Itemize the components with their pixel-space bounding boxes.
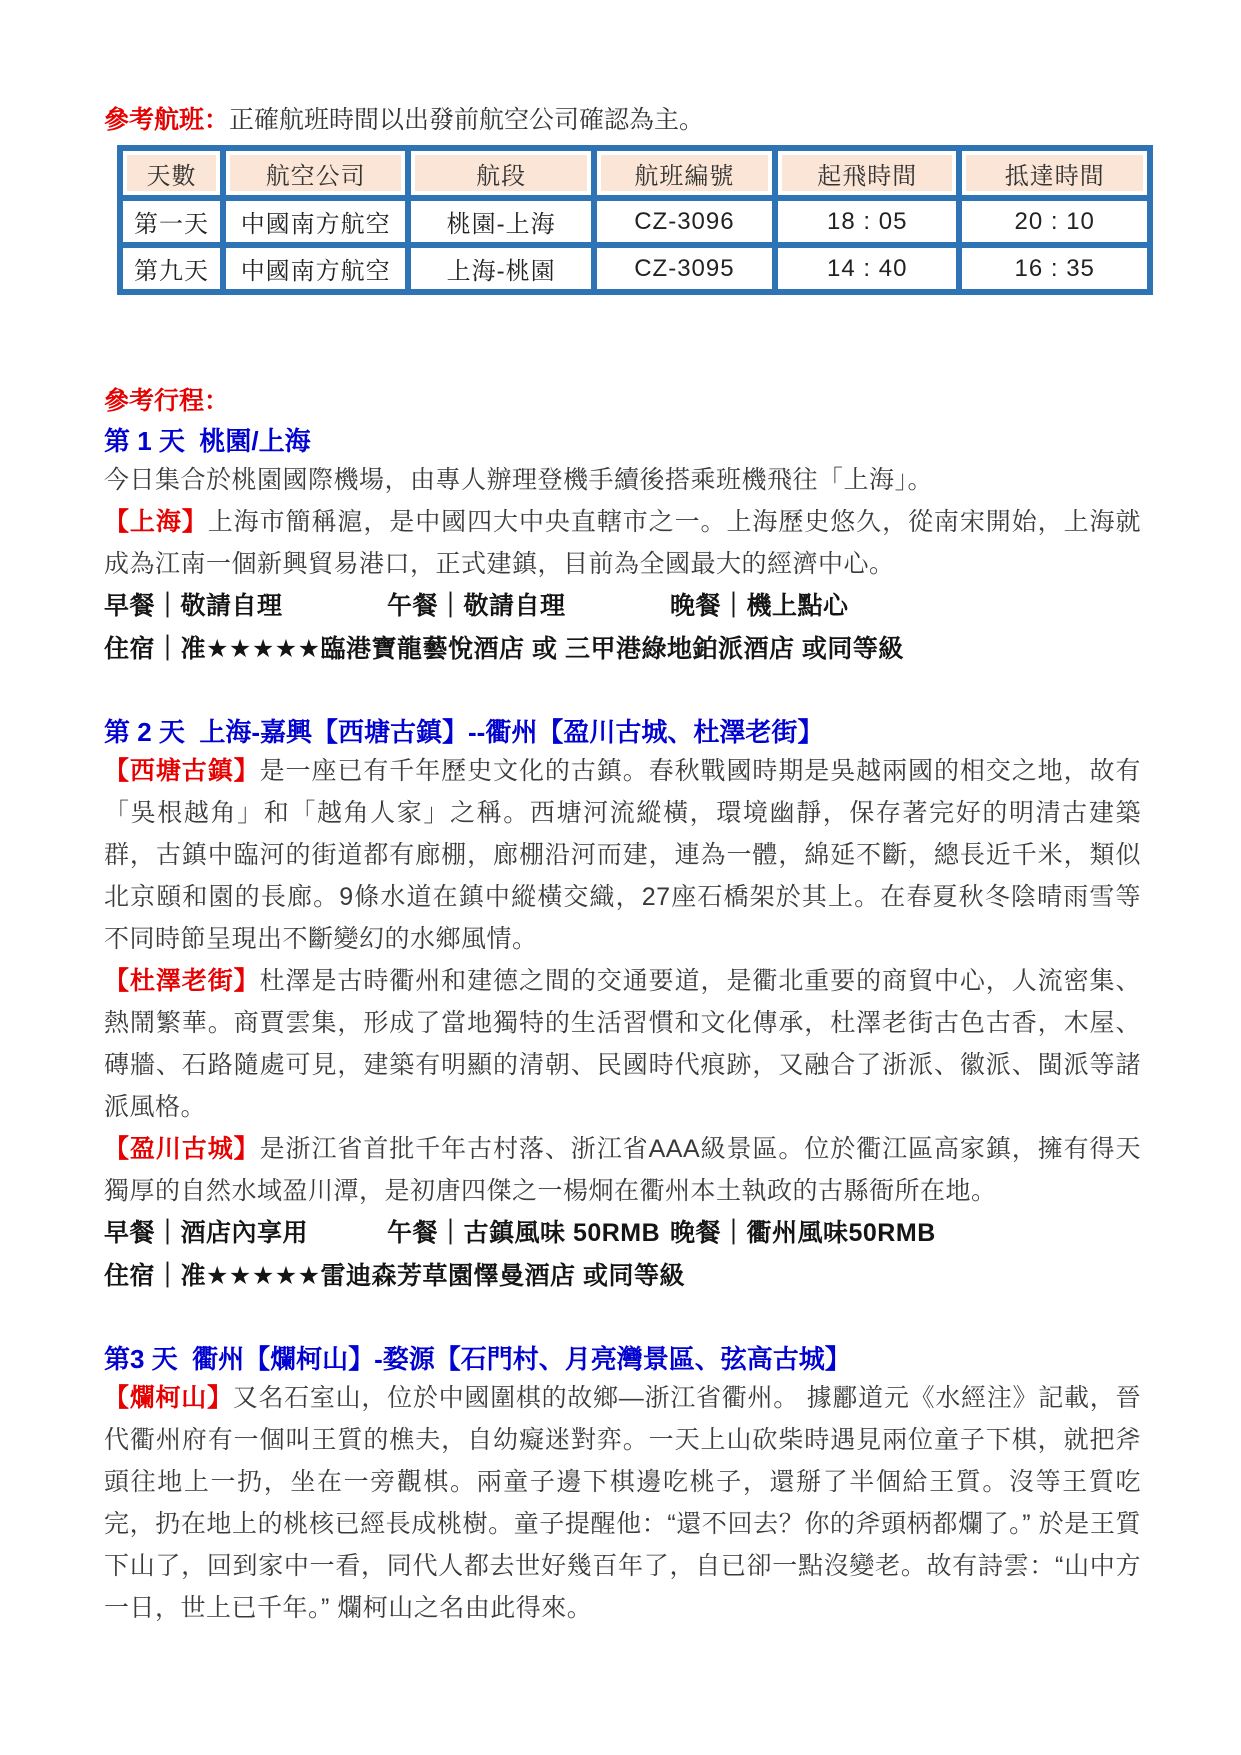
itinerary-paragraph: 【爛柯山】又名石室山，位於中國圍棋的故鄉—浙江省衢州。 據酈道元《水經注》記載，… [104,1377,1141,1629]
day-heading: 第 1 天 桃園/上海 [104,423,1141,459]
flight-table-row: 第一天中國南方航空桃園-上海CZ-309618 : 0520 : 10 [120,198,1150,245]
itinerary-paragraph: 【盈川古城】是浙江省首批千年古村落、浙江省AAA級景區。位於衢江區高家鎮，擁有得… [104,1128,1141,1212]
document-page: 參考航班：正確航班時間以出發前航空公司確認為主。 天數航空公司航段航班編號起飛時… [0,0,1241,1629]
flight-title-note: 正確航班時間以出發前航空公司確認為主。 [229,106,704,134]
day-heading: 第3 天 衢州【爛柯山】-婺源【石門村、月亮灣景區、弦高古城】 [104,1341,1141,1377]
highlight-tag: 【杜澤老街】 [104,967,260,995]
itinerary-paragraph: 今日集合於桃園國際機場，由專人辦理登機手續後搭乘班機飛往「上海」。 [104,459,1141,501]
day-paragraphs: 【爛柯山】又名石室山，位於中國圍棋的故鄉—浙江省衢州。 據酈道元《水經注》記載，… [104,1377,1141,1629]
flight-table-cell: 14 : 40 [775,245,959,292]
flight-table-row: 第九天中國南方航空上海-桃園CZ-309514 : 4016 : 35 [120,245,1150,292]
meal-segment: 晚餐｜衢州風味50RMB [670,1212,936,1255]
flight-table-header-cell: 天數 [120,148,223,198]
meal-segment: 晚餐｜機上點心 [670,585,849,628]
flight-table-header-cell: 起飛時間 [775,148,959,198]
paragraph-text: 上海市簡稱滬，是中國四大中央直轄市之一。上海歷史悠久，從南宋開始，上海就成為江南… [104,508,1141,578]
meal-segment: 早餐｜敬請自理 [104,585,387,628]
day-paragraphs: 今日集合於桃園國際機場，由專人辦理登機手續後搭乘班機飛往「上海」。【上海】上海市… [104,459,1141,585]
highlight-tag: 【上海】 [104,508,208,536]
itinerary-paragraph: 【杜澤老街】杜澤是古時衢州和建德之間的交通要道，是衢北重要的商貿中心，人流密集、… [104,960,1141,1128]
flight-table-header-cell: 航空公司 [223,148,408,198]
flight-table-cell: 16 : 35 [959,245,1150,292]
days-container: 第 1 天 桃園/上海 今日集合於桃園國際機場，由專人辦理登機手續後搭乘班機飛往… [104,423,1141,1629]
flight-table-cell: 第九天 [120,245,223,292]
flight-table-cell: 18 : 05 [775,198,959,245]
flight-table-cell: 中國南方航空 [223,245,408,292]
paragraph-text: 今日集合於桃園國際機場，由專人辦理登機手續後搭乘班機飛往「上海」。 [104,466,933,494]
flight-table-head-row: 天數航空公司航段航班編號起飛時間抵達時間 [120,148,1150,198]
flight-table-cell: 上海-桃園 [408,245,593,292]
day-section: 第 1 天 桃園/上海 今日集合於桃園國際機場，由專人辦理登機手續後搭乘班機飛往… [104,423,1141,671]
day-section: 第3 天 衢州【爛柯山】-婺源【石門村、月亮灣景區、弦高古城】 【爛柯山】又名石… [104,1341,1141,1629]
hotel-line: 住宿｜准★★★★★臨港寶龍藝悅酒店 或 三甲港綠地鉑派酒店 或同等級 [104,628,1141,671]
paragraph-text: 杜澤是古時衢州和建德之間的交通要道，是衢北重要的商貿中心，人流密集、熱鬧繁華。商… [104,967,1141,1121]
flight-table-cell: 中國南方航空 [223,198,408,245]
highlight-tag: 【盈川古城】 [104,1135,260,1163]
meal-segment: 午餐｜敬請自理 [387,585,670,628]
highlight-tag: 【爛柯山】 [104,1384,233,1412]
itinerary-paragraph: 【西塘古鎮】是一座已有千年歷史文化的古鎮。春秋戰國時期是吳越兩國的相交之地，故有… [104,750,1141,960]
flight-table-cell: 20 : 10 [959,198,1150,245]
flight-table-cell: 第一天 [120,198,223,245]
flight-table-cell: CZ-3096 [594,198,775,245]
flight-table-cell: 桃園-上海 [408,198,593,245]
flight-section-title: 參考航班：正確航班時間以出發前航空公司確認為主。 [104,103,1141,137]
itinerary-paragraph: 【上海】上海市簡稱滬，是中國四大中央直轄市之一。上海歷史悠久，從南宋開始，上海就… [104,501,1141,585]
meals-line: 早餐｜酒店內享用午餐｜古鎮風味 50RMB晚餐｜衢州風味50RMB [104,1212,1141,1255]
flight-table-head: 天數航空公司航段航班編號起飛時間抵達時間 [120,148,1150,198]
paragraph-text: 是一座已有千年歷史文化的古鎮。春秋戰國時期是吳越兩國的相交之地，故有「吳根越角」… [104,757,1141,953]
day-section: 第 2 天 上海-嘉興【西塘古鎮】--衢州【盈川古城、杜澤老街】 【西塘古鎮】是… [104,714,1141,1298]
meal-segment: 早餐｜酒店內享用 [104,1212,387,1255]
hotel-line: 住宿｜准★★★★★雷迪森芳草園懌曼酒店 或同等級 [104,1255,1141,1298]
flight-table-cell: CZ-3095 [594,245,775,292]
itinerary-section-title: 參考行程： [104,383,1141,419]
flight-title-label: 參考航班： [104,106,229,134]
flight-table-header-cell: 抵達時間 [959,148,1150,198]
paragraph-text: 是浙江省首批千年古村落、浙江省AAA級景區。位於衢江區高家鎮，擁有得天獨厚的自然… [104,1135,1141,1205]
paragraph-text: 又名石室山，位於中國圍棋的故鄉—浙江省衢州。 據酈道元《水經注》記載，晉代衢州府… [104,1384,1141,1622]
flight-table-body: 第一天中國南方航空桃園-上海CZ-309618 : 0520 : 10第九天中國… [120,198,1150,292]
day-paragraphs: 【西塘古鎮】是一座已有千年歷史文化的古鎮。春秋戰國時期是吳越兩國的相交之地，故有… [104,750,1141,1212]
flight-table-header-cell: 航段 [408,148,593,198]
flight-table-header-cell: 航班編號 [594,148,775,198]
meal-segment: 午餐｜古鎮風味 50RMB [387,1212,670,1255]
highlight-tag: 【西塘古鎮】 [104,757,260,785]
day-heading: 第 2 天 上海-嘉興【西塘古鎮】--衢州【盈川古城、杜澤老街】 [104,714,1141,750]
flight-table: 天數航空公司航段航班編號起飛時間抵達時間 第一天中國南方航空桃園-上海CZ-30… [117,145,1153,295]
meals-line: 早餐｜敬請自理午餐｜敬請自理晚餐｜機上點心 [104,585,1141,628]
